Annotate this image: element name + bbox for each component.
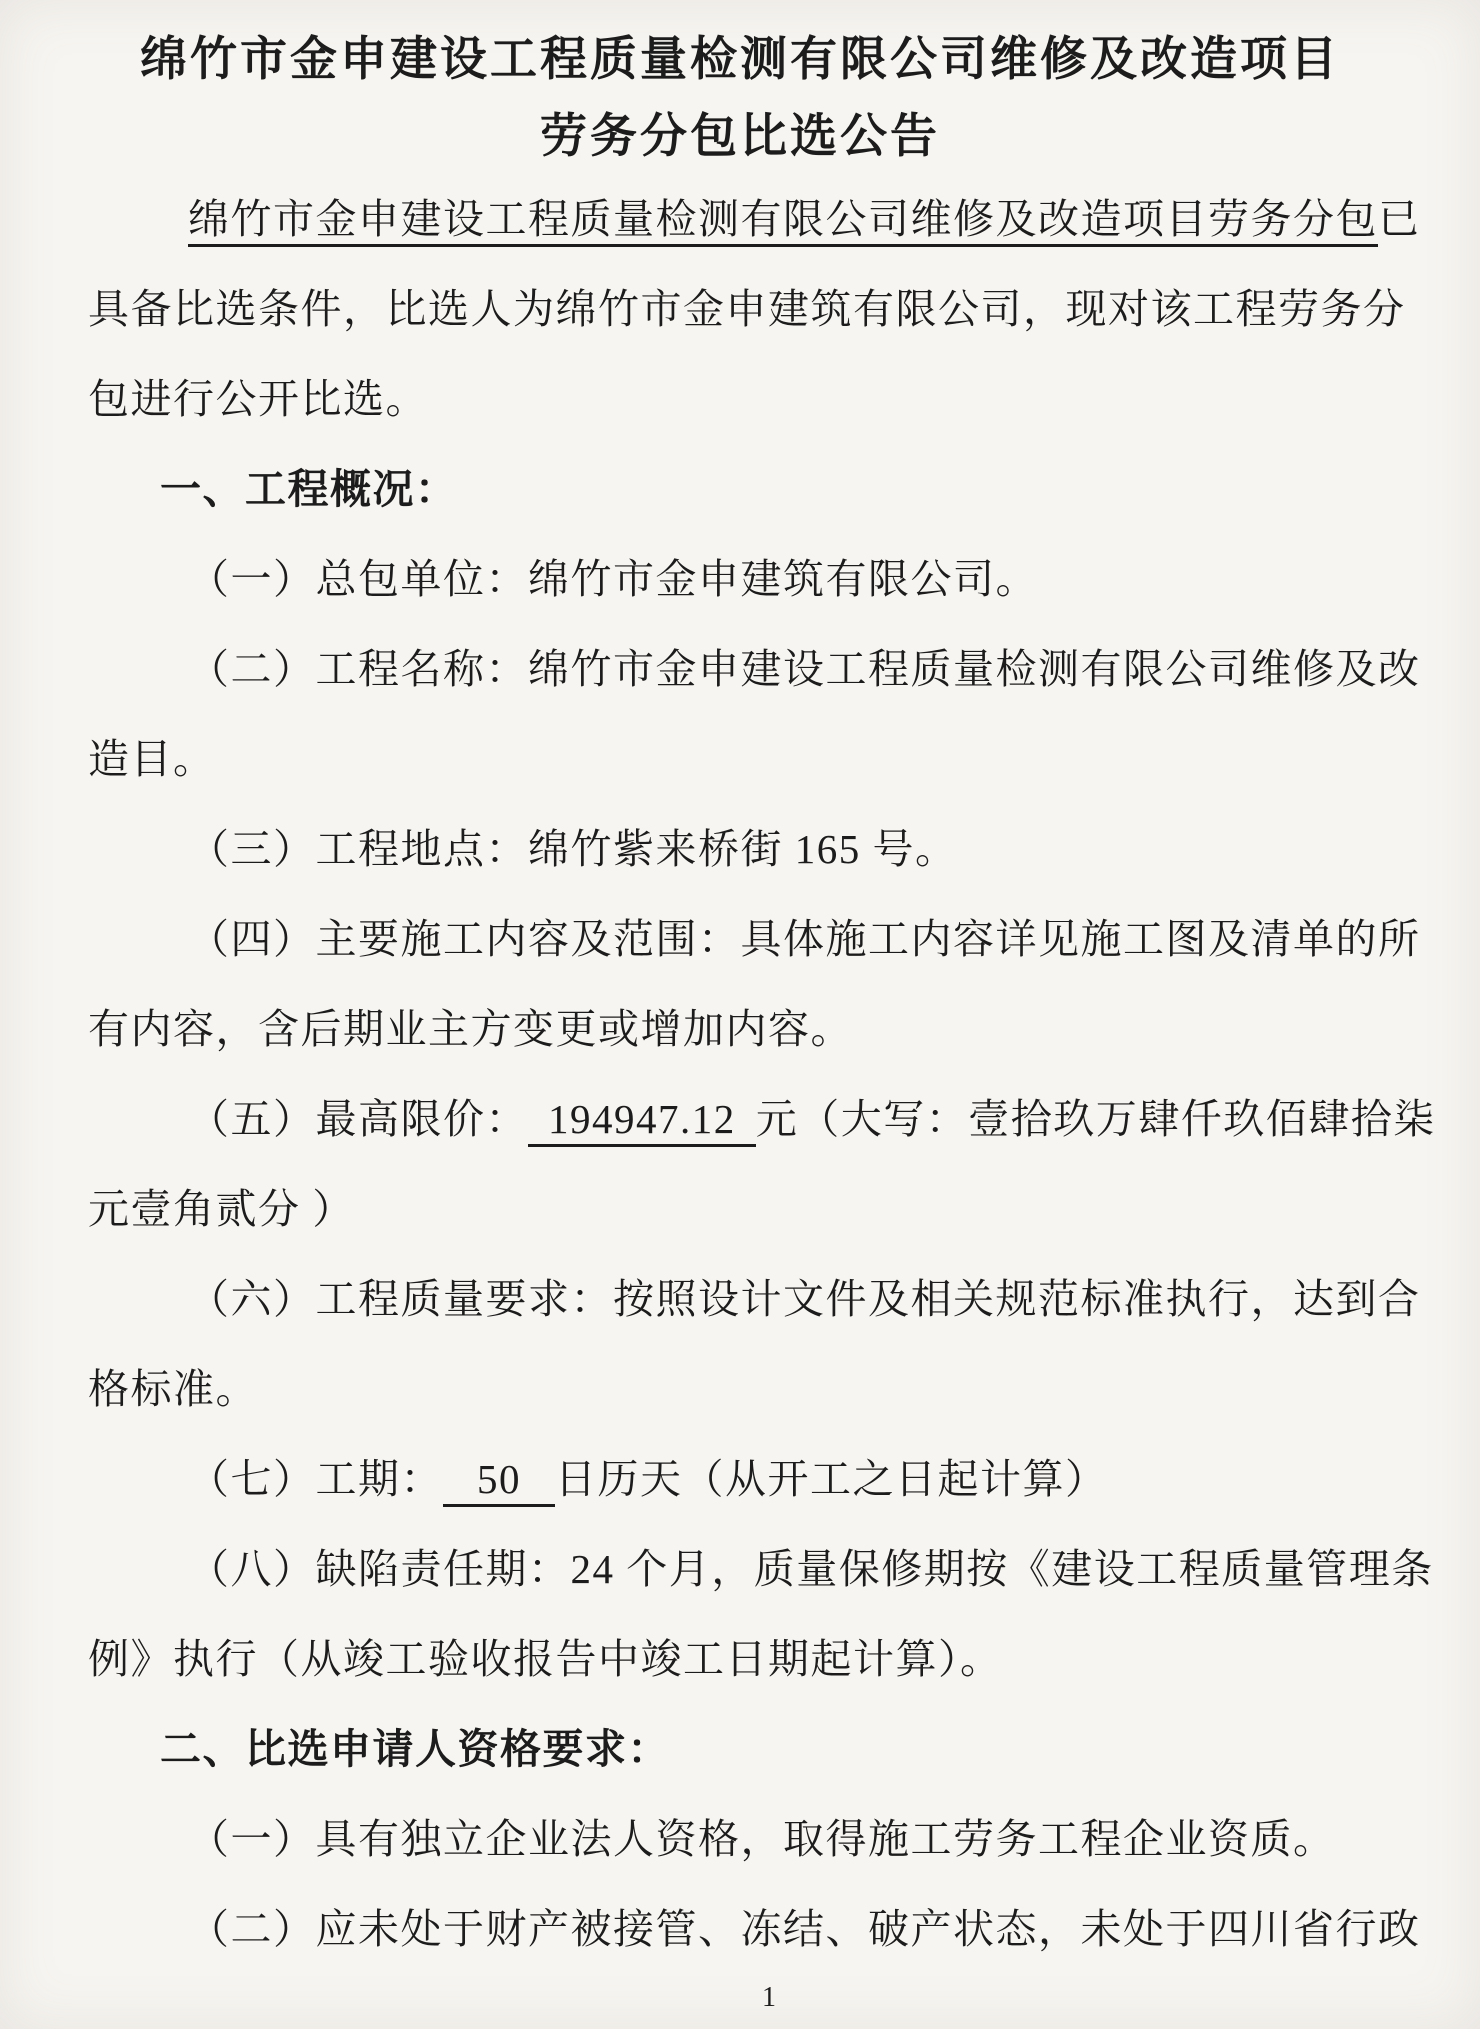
title-line-1: 绵竹市金申建设工程质量检测有限公司维修及改造项目 [0,22,1480,99]
line-text: （一）总包单位：绵竹市金申建筑有限公司。 [188,556,1038,602]
body-line: （五）最高限价：194947.12元（大写：壹拾玖万肆仟玖佰肆拾柒 [88,1074,1404,1164]
line-text: （二）应未处于财产被接管、冻结、破产状态，未处于四川省行政 [188,1906,1421,1952]
document-page: 绵竹市金申建设工程质量检测有限公司维修及改造项目 劳务分包比选公告 绵竹市金申建… [0,0,1480,2029]
body-line: （四）主要施工内容及范围：具体施工内容详见施工图及清单的所 [88,894,1404,984]
line-text: （二）工程名称：绵竹市金申建设工程质量检测有限公司维修及改 [188,646,1421,692]
body-line: （二）应未处于财产被接管、冻结、破产状态，未处于四川省行政 [88,1884,1404,1974]
line-text: 日历天（从开工之日起计算） [555,1456,1108,1502]
duration-days-value: 50 [443,1456,555,1507]
body-line: 造目。 [88,714,1404,804]
max-price-value: 194947.12 [528,1096,756,1147]
line-text: 造目。 [88,736,216,782]
line-text: （六）工程质量要求：按照设计文件及相关规范标准执行，达到合 [188,1276,1421,1322]
body-line: 元壹角贰分 ） [88,1164,1404,1254]
body-line: 绵竹市金申建设工程质量检测有限公司维修及改造项目劳务分包已 [88,174,1404,264]
line-text: （四）主要施工内容及范围：具体施工内容详见施工图及清单的所 [188,916,1421,962]
body-line: 包进行公开比选。 [88,354,1404,444]
section-heading-2: 二、比选申请人资格要求： [88,1704,1404,1794]
page-number: 1 [762,1978,776,2018]
underlined-project-name: 绵竹市金申建设工程质量检测有限公司维修及改造项目劳务分包 [188,196,1378,247]
line-text: 已 [1378,196,1421,242]
line-text: 一、工程概况： [160,466,458,512]
body-line: （一）总包单位：绵竹市金申建筑有限公司。 [88,534,1404,624]
line-text: （一）具有独立企业法人资格，取得施工劳务工程企业资质。 [188,1816,1336,1862]
title-line-2: 劳务分包比选公告 [0,99,1480,176]
body-line: （二）工程名称：绵竹市金申建设工程质量检测有限公司维修及改 [88,624,1404,714]
line-text: 元壹角贰分 ） [88,1186,355,1232]
body-line: 格标准。 [88,1344,1404,1434]
body-line: （六）工程质量要求：按照设计文件及相关规范标准执行，达到合 [88,1254,1404,1344]
line-text: 有内容，含后期业主方变更或增加内容。 [88,1006,853,1052]
body-line: （三）工程地点：绵竹紫来桥街 165 号。 [88,804,1404,894]
line-text: （七）工期： [188,1456,443,1502]
body-line: （八）缺陷责任期：24 个月，质量保修期按《建设工程质量管理条 [88,1524,1404,1614]
section-heading-1: 一、工程概况： [88,444,1404,534]
line-text: 包进行公开比选。 [88,376,428,422]
body-line: （一）具有独立企业法人资格，取得施工劳务工程企业资质。 [88,1794,1404,1884]
line-text: 例》执行（从竣工验收报告中竣工日期起计算）。 [88,1636,1003,1682]
body-line: 具备比选条件，比选人为绵竹市金申建筑有限公司，现对该工程劳务分 [88,264,1404,354]
line-text: 元（大写：壹拾玖万肆仟玖佰肆拾柒 [756,1096,1436,1142]
line-text: 二、比选申请人资格要求： [160,1726,670,1772]
line-text: （八）缺陷责任期：24 个月，质量保修期按《建设工程质量管理条 [188,1546,1434,1592]
line-text: （三）工程地点：绵竹紫来桥街 165 号。 [188,826,958,872]
document-title: 绵竹市金申建设工程质量检测有限公司维修及改造项目 劳务分包比选公告 [0,22,1480,176]
line-text: （五）最高限价： [188,1096,528,1142]
body-line: （七）工期：50日历天（从开工之日起计算） [88,1434,1404,1524]
line-text: 格标准。 [88,1366,258,1412]
body-line: 例》执行（从竣工验收报告中竣工日期起计算）。 [88,1614,1404,1704]
line-text: 具备比选条件，比选人为绵竹市金申建筑有限公司，现对该工程劳务分 [88,286,1406,332]
body-line: 有内容，含后期业主方变更或增加内容。 [88,984,1404,1074]
document-body: 绵竹市金申建设工程质量检测有限公司维修及改造项目劳务分包已 具备比选条件，比选人… [88,174,1404,1974]
